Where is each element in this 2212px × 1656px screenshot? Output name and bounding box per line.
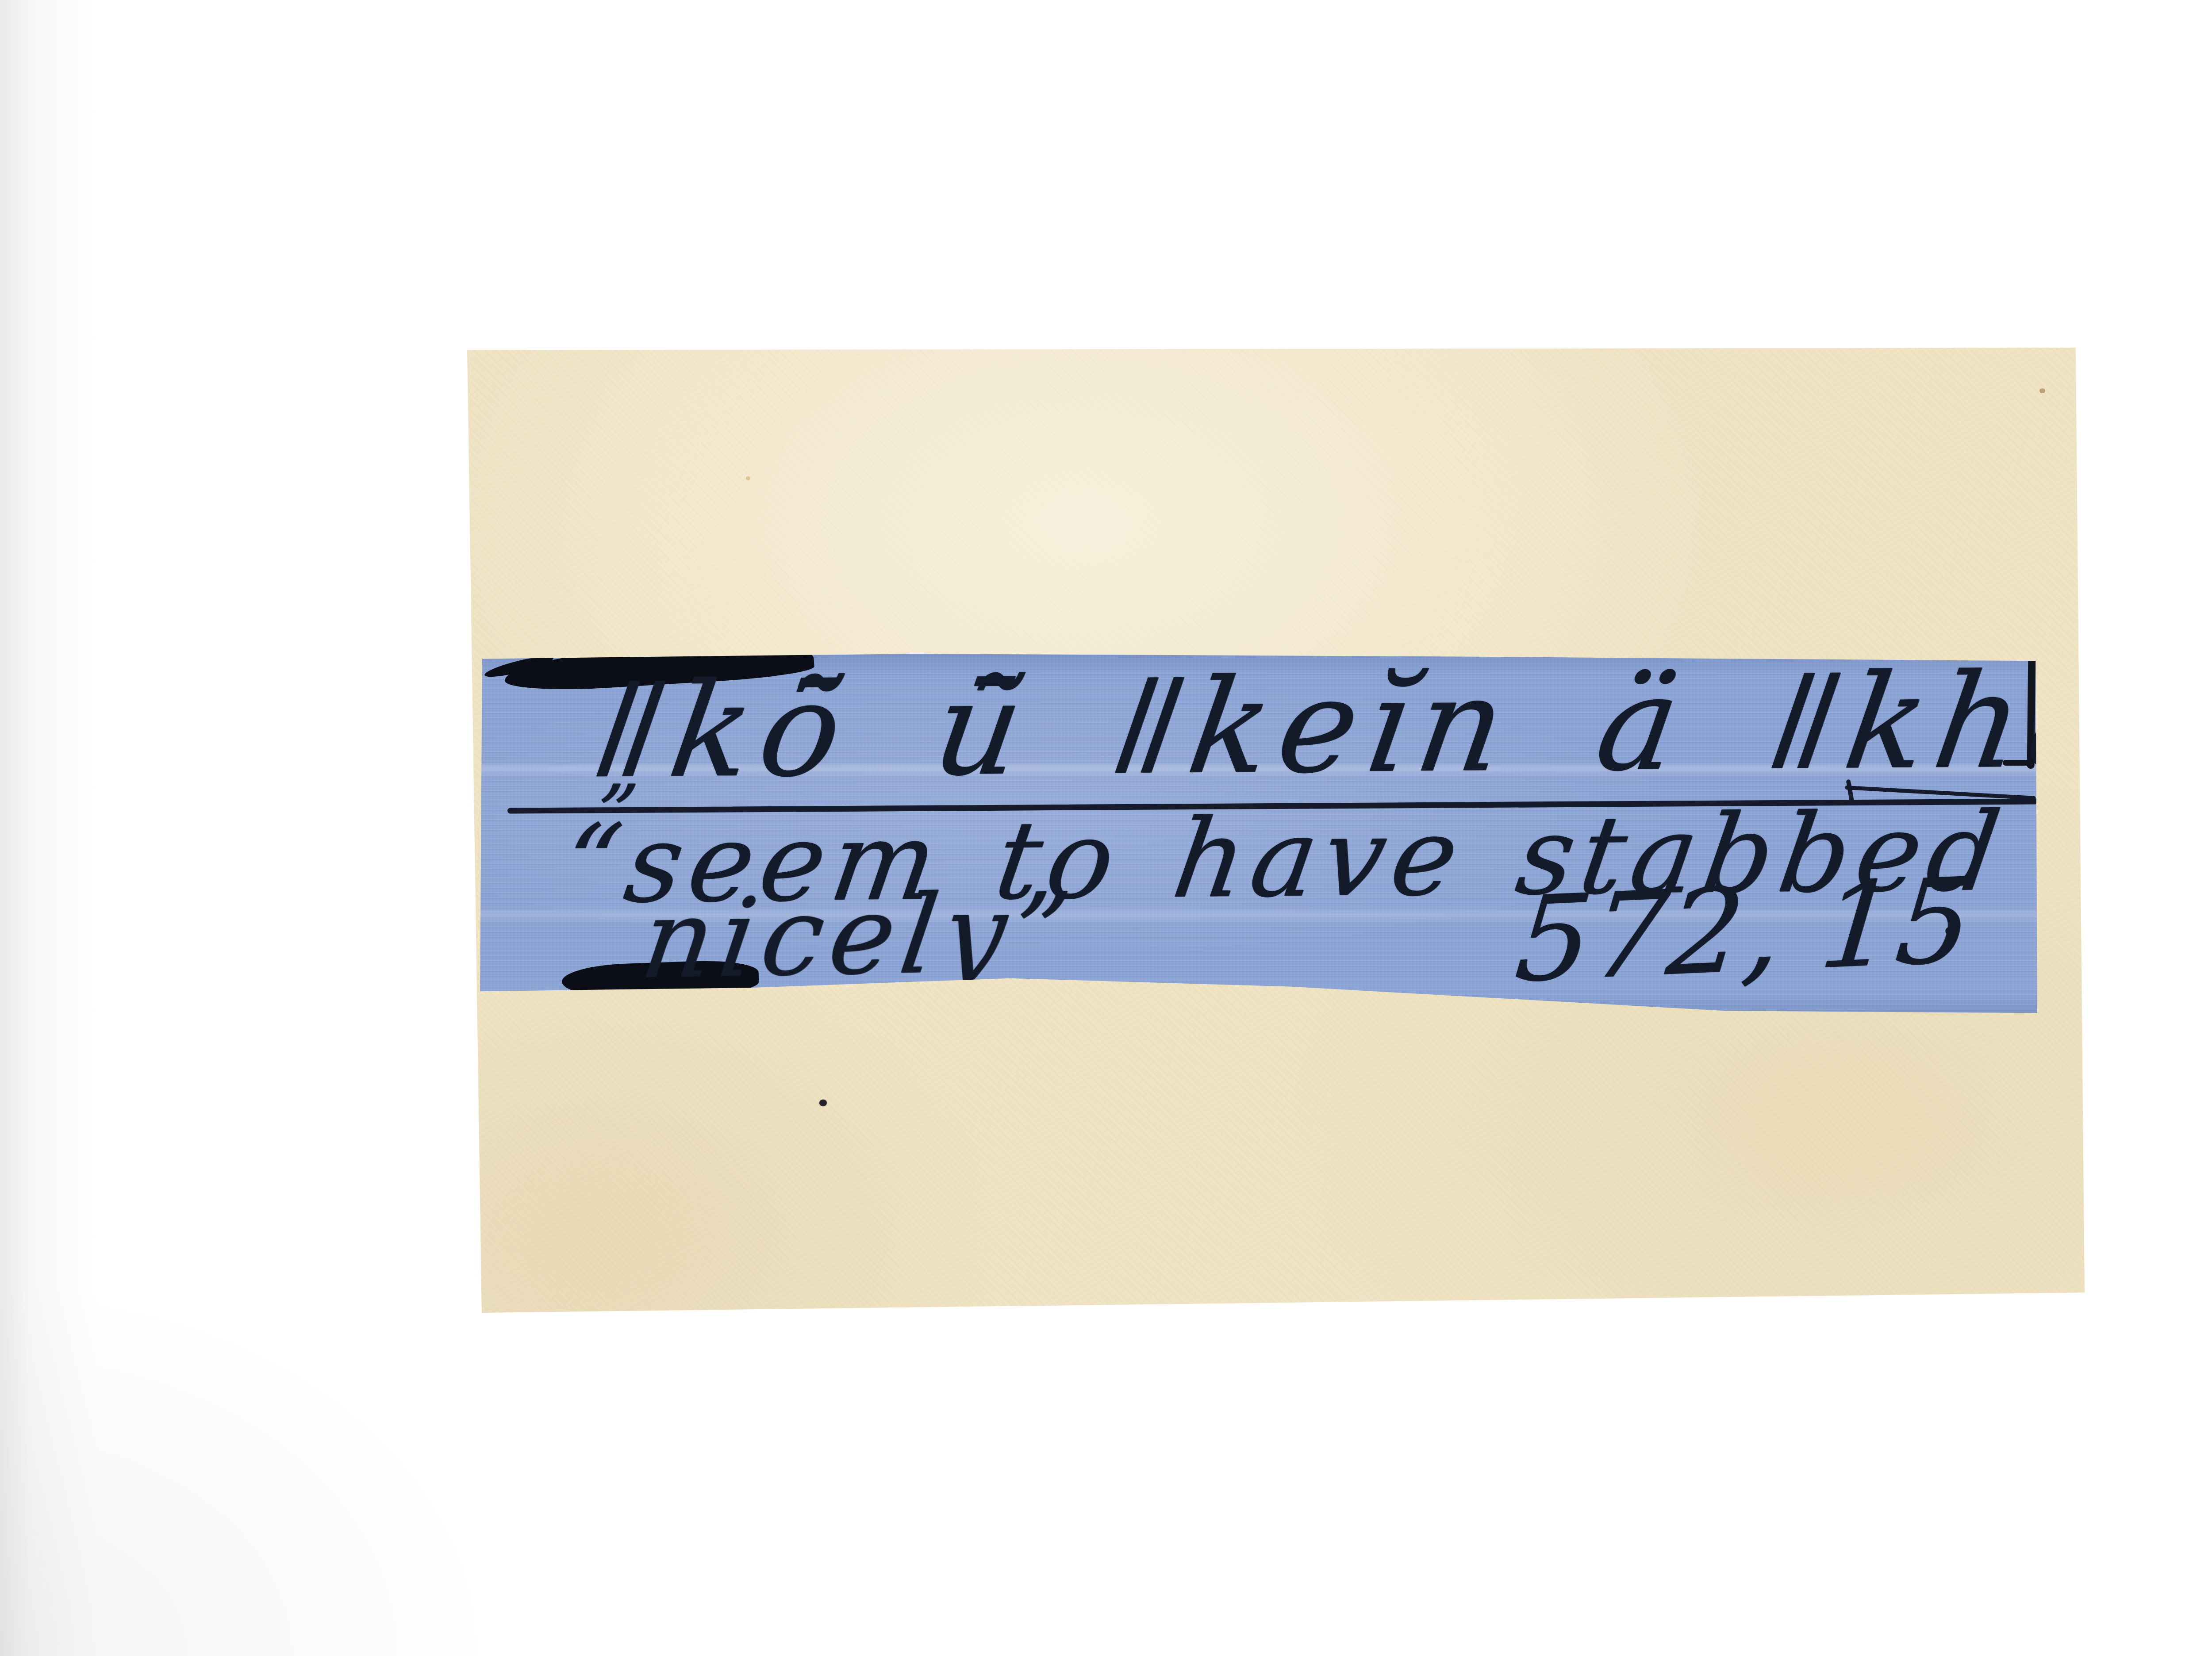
translation-line-2: nicely”	[636, 878, 1082, 994]
paper-speck	[746, 476, 750, 480]
page-reference: 572, 15	[1511, 862, 1978, 999]
paper-speck	[2039, 388, 2045, 393]
phonetic-line: ǁkō̃ ū̃ ǁkeĭn ä ǁkha ā̃	[588, 654, 2212, 797]
photo-backdrop: „ ǁkō̃ ū̃ ǁkeĭn ä ǁkha ā̃ “seem to have …	[0, 0, 2212, 1656]
blue-slip: „ ǁkō̃ ū̃ ǁkeĭn ä ǁkha ā̃ “seem to have …	[480, 654, 2037, 1016]
note-paper: „ ǁkō̃ ū̃ ǁkeĭn ä ǁkha ā̃ “seem to have …	[467, 348, 2085, 1313]
ink-dot	[819, 1100, 827, 1106]
